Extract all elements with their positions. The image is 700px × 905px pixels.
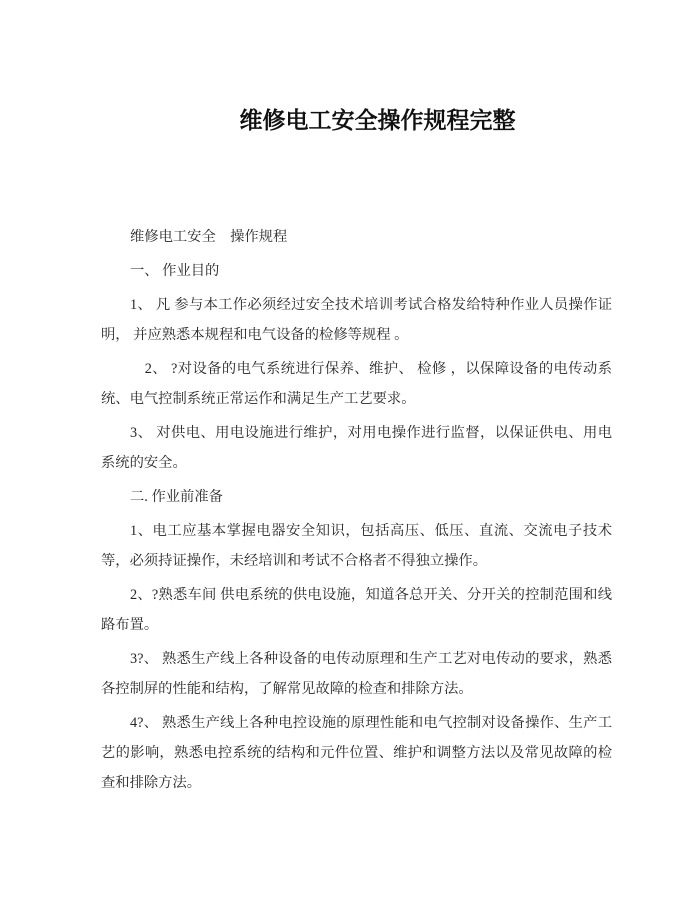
document-paragraph: 3、 对供电、用电设施进行维护，对用电操作进行监督，以保证供电、用电系统的安全。 bbox=[101, 418, 612, 478]
document-title: 维修电工安全操作规程完整 bbox=[101, 104, 612, 138]
document-paragraph: 维修电工安全 操作规程 bbox=[101, 222, 612, 252]
document-paragraph: 2、 ?对设备的电气系统进行保养、维护、 检修 ，以保障设备的电传动系统、电气控… bbox=[101, 354, 612, 414]
document-paragraph: 4?、 熟悉生产线上各种电控设施的原理性能和电气控制对设备操作、生产工艺的影响，… bbox=[101, 708, 612, 798]
document-paragraph: 1、电工应基本掌握电器安全知识，包括高压、低压、直流、交流电子技术等，必须持证操… bbox=[101, 516, 612, 576]
document-paragraph: 1、 凡 参与本工作必须经过安全技术培训考试合格发给特种作业人员操作证明， 并应… bbox=[101, 290, 612, 350]
document-paragraph: 3?、 熟悉生产线上各种设备的电传动原理和生产工艺对电传动的要求，熟悉各控制屏的… bbox=[101, 644, 612, 704]
document-body: 维修电工安全 操作规程一、 作业目的1、 凡 参与本工作必须经过安全技术培训考试… bbox=[101, 222, 612, 798]
document-page: 维修电工安全操作规程完整 维修电工安全 操作规程一、 作业目的1、 凡 参与本工… bbox=[0, 0, 700, 905]
section-heading: 一、 作业目的 bbox=[101, 256, 612, 286]
document-paragraph: 2、?熟悉车间 供电系统的供电设施，知道各总开关、分开关的控制范围和线路布置。 bbox=[101, 580, 612, 640]
section-heading: 二. 作业前准备 bbox=[101, 482, 612, 512]
